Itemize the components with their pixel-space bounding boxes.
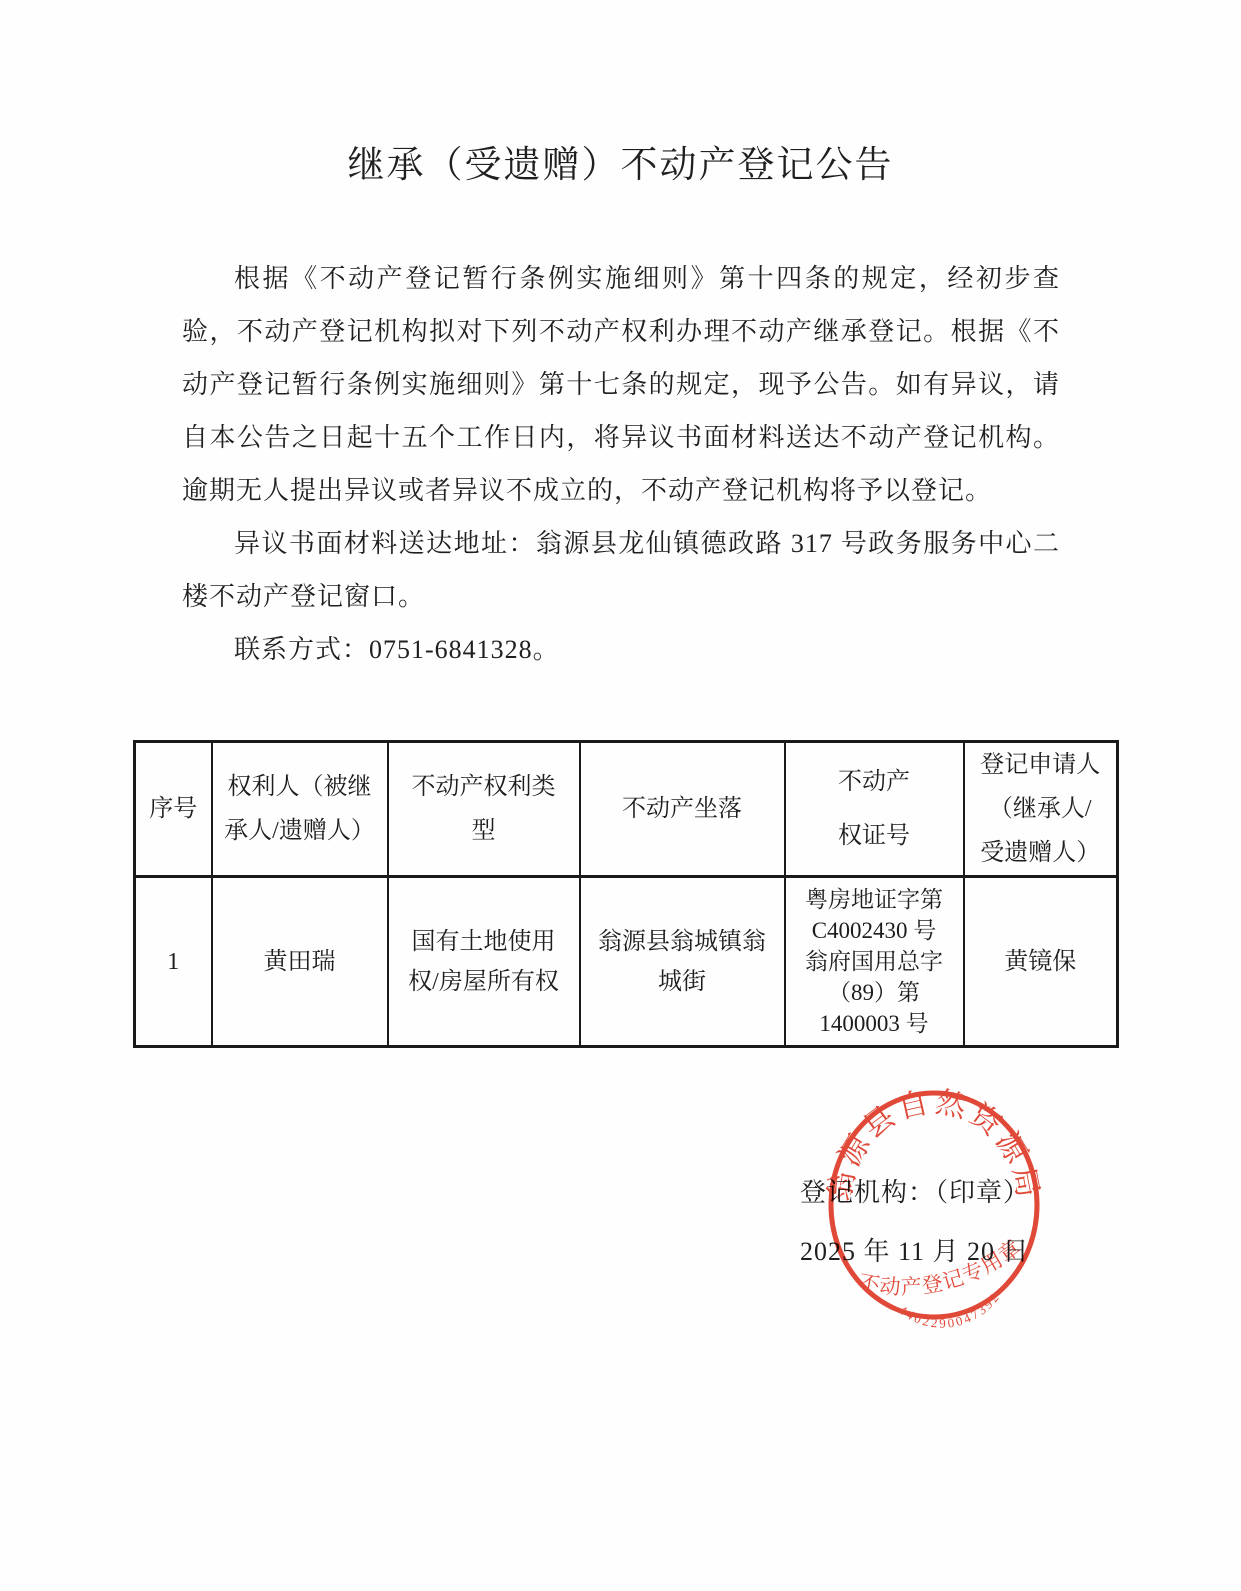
table-cell: 1 bbox=[135, 877, 212, 1047]
table-header-row: 序号权利人（被继承人/遗赠人）不动产权利类型不动产坐落不动产权证号登记申请人（继… bbox=[135, 742, 1118, 877]
footer-block: 登记机构：（印章） 2025 年 11 月 20 日 bbox=[800, 1163, 1030, 1281]
registry-authority-line: 登记机构：（印章） bbox=[800, 1163, 1030, 1222]
seal-code-text: 4402290047392 bbox=[894, 1287, 1006, 1328]
table-cell: 翁源县翁城镇翁城街 bbox=[580, 877, 785, 1047]
announcement-date: 2025 年 11 月 20 日 bbox=[800, 1222, 1030, 1281]
table-body: 1黄田瑞国有土地使用权/房屋所有权翁源县翁城镇翁城街粤房地证字第C4002430… bbox=[135, 877, 1118, 1047]
paragraph-legal-basis: 根据《不动产登记暂行条例实施细则》第十四条的规定，经初步查验，不动产登记机构拟对… bbox=[182, 252, 1060, 517]
table-header-cell: 不动产坐落 bbox=[580, 742, 785, 877]
table-cell: 黄镜保 bbox=[964, 877, 1118, 1047]
paragraph-contact-phone: 联系方式：0751-6841328。 bbox=[182, 623, 1060, 676]
table-header-cell: 不动产权利类型 bbox=[388, 742, 580, 877]
table-header-cell: 序号 bbox=[135, 742, 212, 877]
registration-table: 序号权利人（被继承人/遗赠人）不动产权利类型不动产坐落不动产权证号登记申请人（继… bbox=[133, 740, 1119, 1048]
table-header-cell: 不动产权证号 bbox=[785, 742, 964, 877]
table-header-cell: 登记申请人（继承人/受遗赠人） bbox=[964, 742, 1118, 877]
paragraph-objection-address: 异议书面材料送达地址：翁源县龙仙镇德政路 317 号政务服务中心二楼不动产登记窗… bbox=[182, 517, 1060, 623]
announcement-page: 继承（受遗赠）不动产登记公告 根据《不动产登记暂行条例实施细则》第十四条的规定，… bbox=[0, 0, 1241, 1591]
table-row: 1黄田瑞国有土地使用权/房屋所有权翁源县翁城镇翁城街粤房地证字第C4002430… bbox=[135, 877, 1118, 1047]
body-text: 根据《不动产登记暂行条例实施细则》第十四条的规定，经初步查验，不动产登记机构拟对… bbox=[182, 252, 1060, 676]
table-header-cell: 权利人（被继承人/遗赠人） bbox=[212, 742, 388, 877]
table-cell: 黄田瑞 bbox=[212, 877, 388, 1047]
page-title: 继承（受遗赠）不动产登记公告 bbox=[0, 147, 1241, 184]
table-cell: 粤房地证字第C4002430 号翁府国用总字（89）第1400003 号 bbox=[785, 877, 964, 1047]
table-cell: 国有土地使用权/房屋所有权 bbox=[388, 877, 580, 1047]
